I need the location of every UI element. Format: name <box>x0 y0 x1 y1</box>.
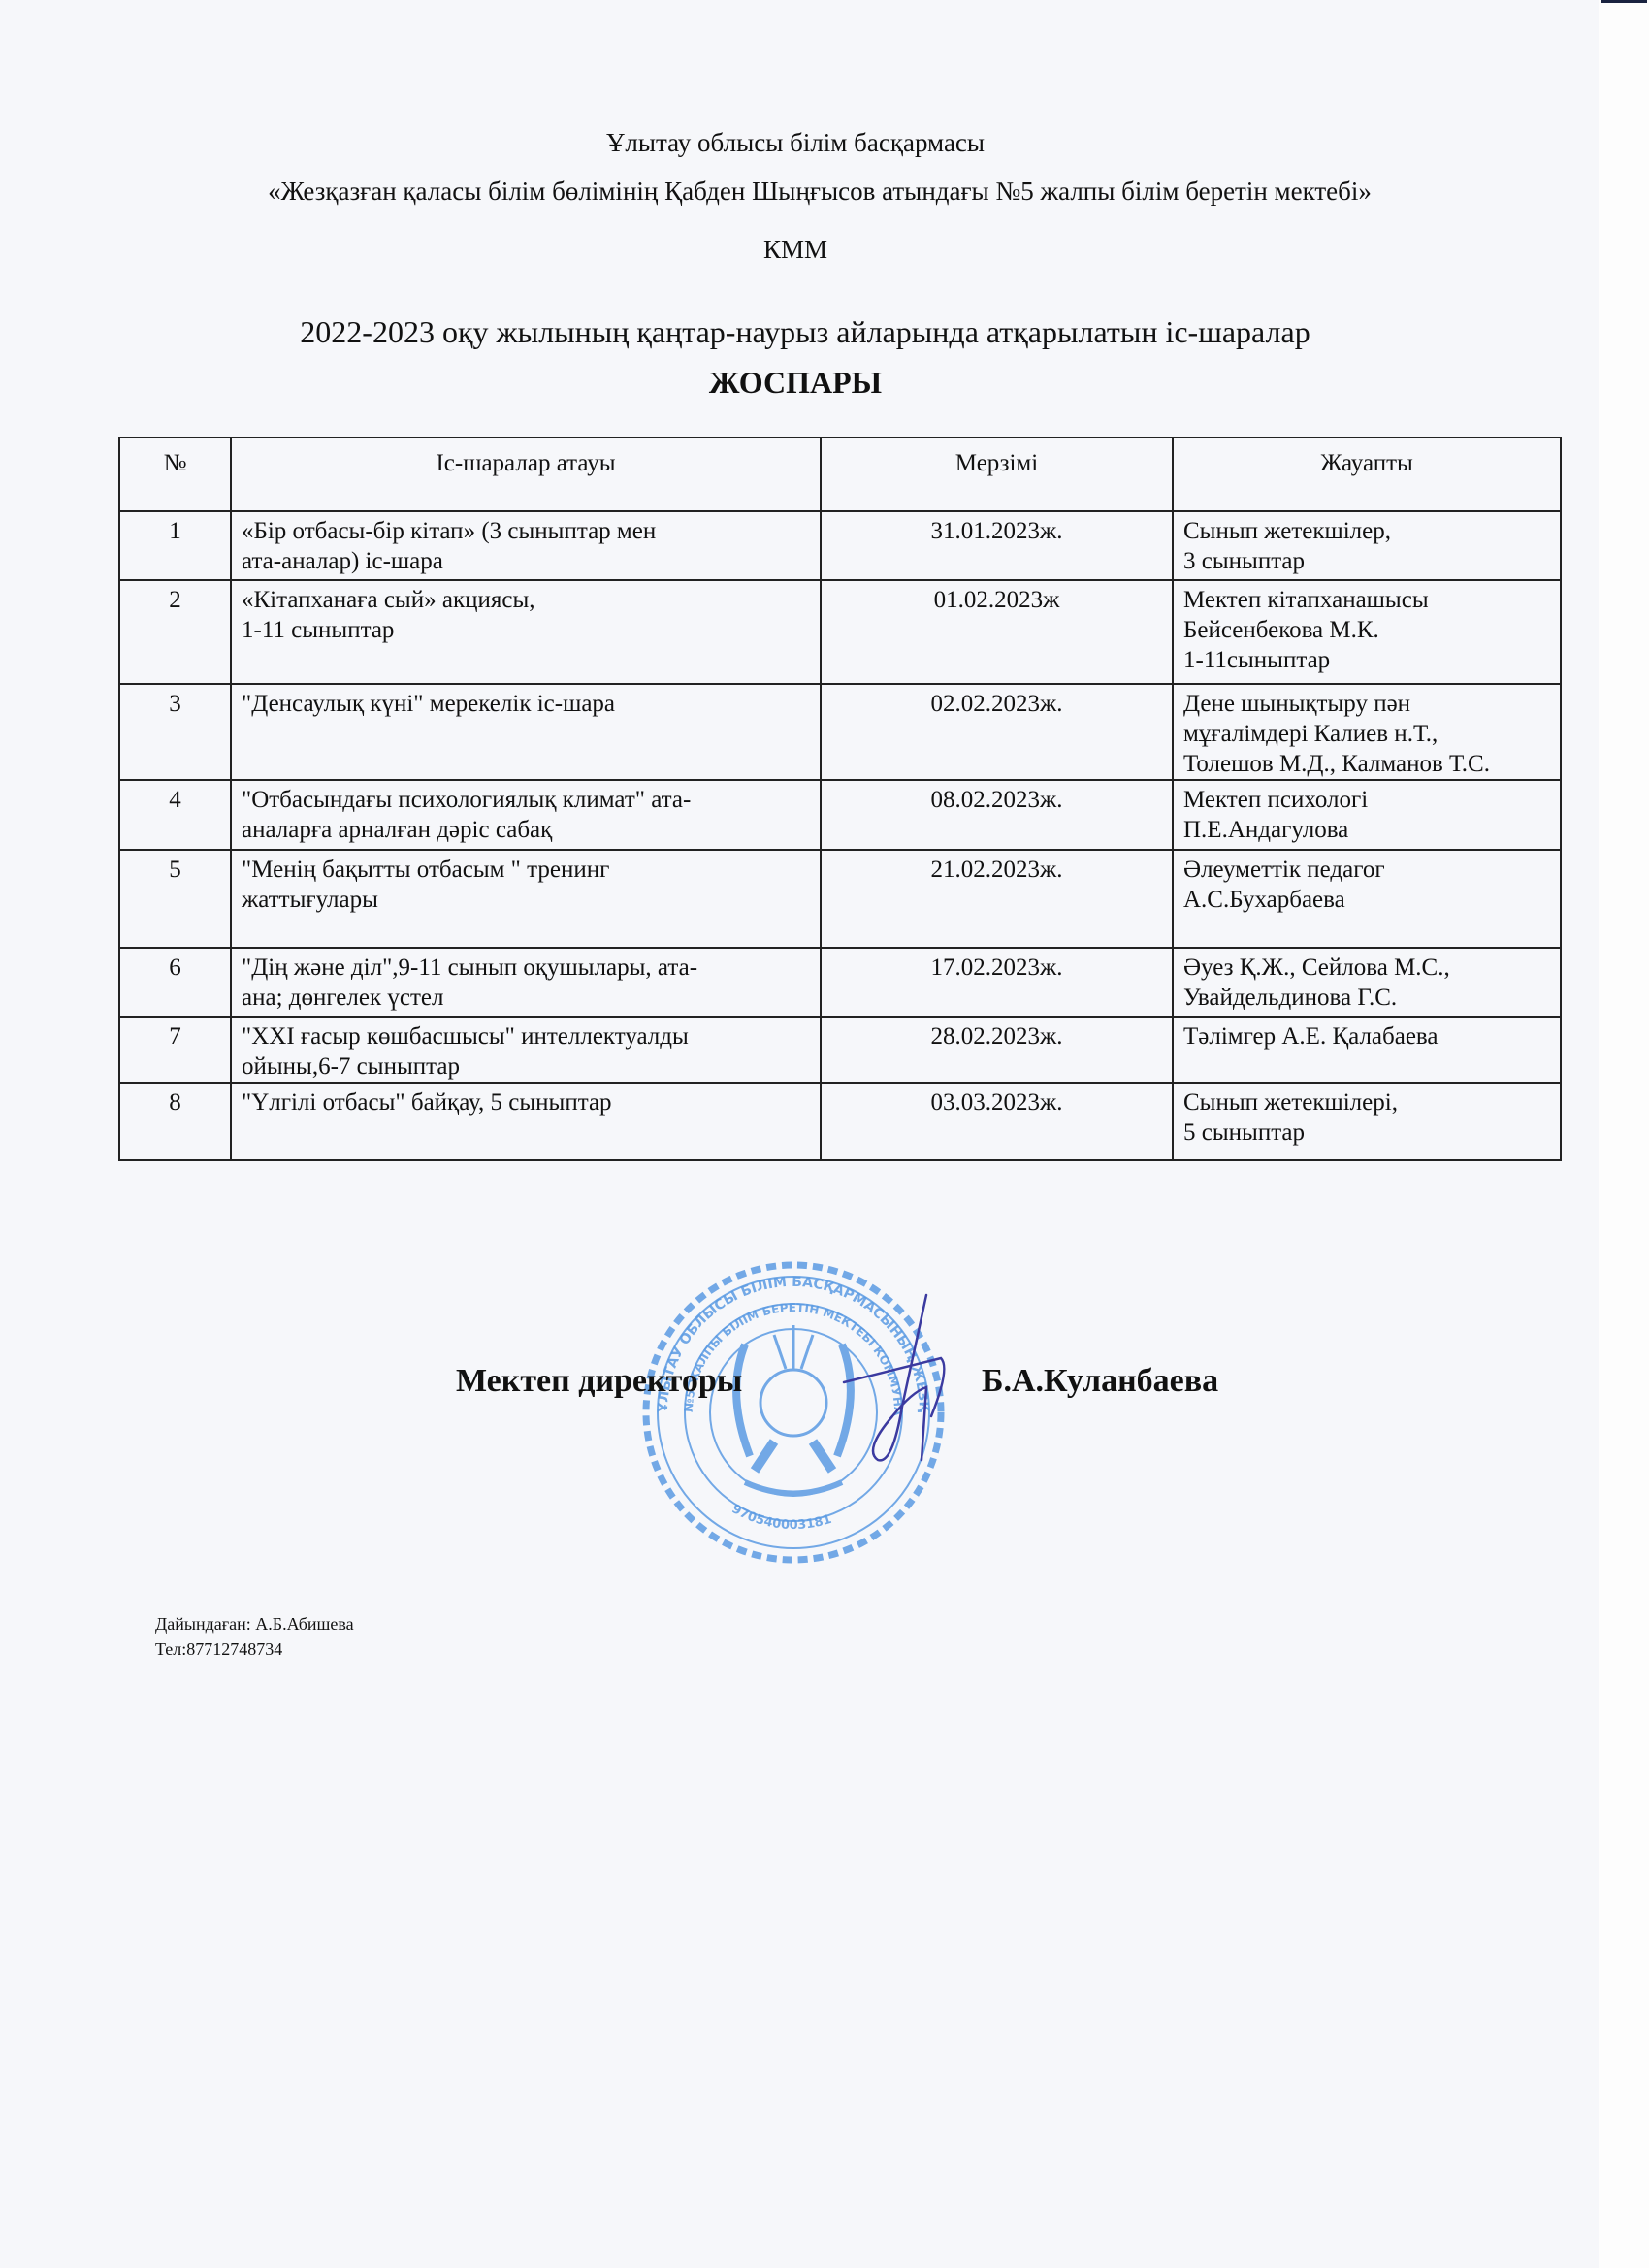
cell-event: "Үлгілі отбасы" байқау, 5 сыныптар <box>231 1083 821 1160</box>
cell-event: "XXI ғасыр көшбасшысы" интеллектуалды ой… <box>231 1017 821 1083</box>
cell-responsible: Мектеп психологі П.Е.Андагулова <box>1173 780 1561 850</box>
cell-event: «Бір отбасы-бір кітап» (3 сыныптар мен а… <box>231 511 821 580</box>
handwritten-signature <box>834 1290 960 1474</box>
cell-date: 31.01.2023ж. <box>821 511 1173 580</box>
document-title: 2022-2023 оқу жылының қаңтар-наурыз айла… <box>0 314 1630 350</box>
cell-number: 6 <box>119 948 231 1017</box>
cell-date: 01.02.2023ж <box>821 580 1173 684</box>
document-subtitle: ЖОСПАРЫ <box>0 365 1620 401</box>
cell-event: "Менің бақытты отбасым " тренинг жаттығу… <box>231 850 821 948</box>
cell-date: 02.02.2023ж. <box>821 684 1173 780</box>
table-row: 3"Денсаулық күні" мерекелік іс-шара02.02… <box>119 684 1561 780</box>
cell-responsible: Әуез Қ.Ж., Сейлова М.С., Увайдельдинова … <box>1173 948 1561 1017</box>
table-row: 6"Дің және діл",9-11 сынып оқушылары, ат… <box>119 948 1561 1017</box>
cell-event: "Отбасындағы психологиялық климат" ата- … <box>231 780 821 850</box>
col-header-event: Іс-шаралар атауы <box>231 437 821 511</box>
header-authority: Ұлытау облысы білім басқармасы <box>0 126 1620 159</box>
cell-responsible: Әлеуметтік педагог А.С.Бухарбаева <box>1173 850 1561 948</box>
header-org-type: КММ <box>0 233 1620 266</box>
cell-date: 03.03.2023ж. <box>821 1083 1173 1160</box>
cell-responsible: Мектеп кітапханашысы Бейсенбекова М.К. 1… <box>1173 580 1561 684</box>
table-row: 7"XXI ғасыр көшбасшысы" интеллектуалды о… <box>119 1017 1561 1083</box>
table-row: 2«Кітапханаға сый» акциясы, 1-11 сыныпта… <box>119 580 1561 684</box>
cell-responsible: Дене шынықтыру пән мұғалімдері Калиев н.… <box>1173 684 1561 780</box>
col-header-responsible: Жауапты <box>1173 437 1561 511</box>
events-plan-table: № Іс-шаралар атауы Мерзімі Жауапты 1«Бір… <box>118 437 1562 1161</box>
cell-number: 7 <box>119 1017 231 1083</box>
signatory-name: Б.А.Куланбаева <box>982 1363 1218 1400</box>
svg-text:970540003181: 970540003181 <box>729 1502 834 1533</box>
cell-event: "Дің және діл",9-11 сынып оқушылары, ата… <box>231 948 821 1017</box>
signatory-title: Мектеп директоры <box>456 1363 742 1400</box>
prepared-by: Дайындаған: А.Б.Абишева <box>155 1612 354 1636</box>
col-header-number: № <box>119 437 231 511</box>
cell-responsible: Сынып жетекшілері, 5 сыныптар <box>1173 1083 1561 1160</box>
cell-responsible: Сынып жетекшілер, 3 сыныптар <box>1173 511 1561 580</box>
cell-event: «Кітапханаға сый» акциясы, 1-11 сыныптар <box>231 580 821 684</box>
table-row: 4"Отбасындағы психологиялық климат" ата-… <box>119 780 1561 850</box>
header-school-name: «Жезқазған қаласы білім бөлімінің Қабден… <box>0 175 1644 208</box>
cell-number: 3 <box>119 684 231 780</box>
cell-date: 21.02.2023ж. <box>821 850 1173 948</box>
contact-phone: Тел:87712748734 <box>155 1637 282 1661</box>
cell-date: 08.02.2023ж. <box>821 780 1173 850</box>
col-header-date: Мерзімі <box>821 437 1173 511</box>
cell-date: 28.02.2023ж. <box>821 1017 1173 1083</box>
scan-edge-mark <box>1600 0 1647 3</box>
table-row: 5"Менің бақытты отбасым " тренинг жаттығ… <box>119 850 1561 948</box>
cell-responsible: Тәлімгер А.Е. Қалабаева <box>1173 1017 1561 1083</box>
cell-number: 2 <box>119 580 231 684</box>
table-row: 8"Үлгілі отбасы" байқау, 5 сыныптар03.03… <box>119 1083 1561 1160</box>
table-header-row: № Іс-шаралар атауы Мерзімі Жауапты <box>119 437 1561 511</box>
cell-number: 8 <box>119 1083 231 1160</box>
cell-date: 17.02.2023ж. <box>821 948 1173 1017</box>
cell-event: "Денсаулық күні" мерекелік іс-шара <box>231 684 821 780</box>
cell-number: 4 <box>119 780 231 850</box>
cell-number: 5 <box>119 850 231 948</box>
seal-bin: 970540003181 <box>729 1502 834 1533</box>
table-row: 1«Бір отбасы-бір кітап» (3 сыныптар мен … <box>119 511 1561 580</box>
cell-number: 1 <box>119 511 231 580</box>
